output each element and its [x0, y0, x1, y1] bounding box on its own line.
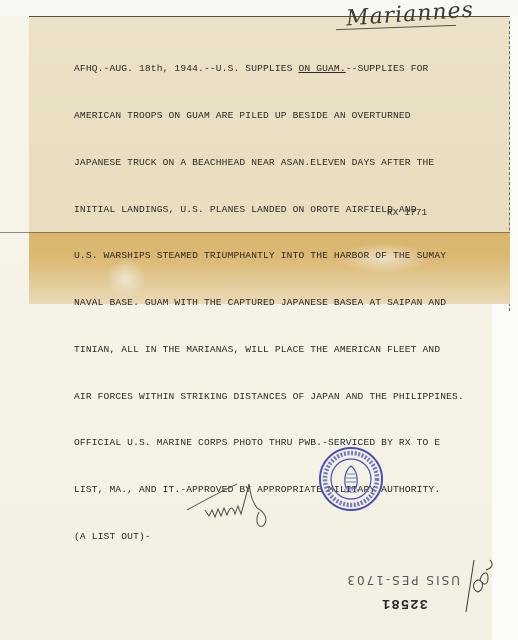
- caption-underlined-location: ON GUAM.: [298, 63, 345, 74]
- caption-line: TINIAN, ALL IN THE MARIANAS, WILL PLACE …: [74, 342, 494, 358]
- archive-stamp-icon: [318, 446, 384, 512]
- pencil-mark-icon: [458, 558, 498, 614]
- caption-line: OFFICIAL U.S. MARINE CORPS PHOTO THRU PW…: [74, 435, 494, 451]
- caption-line: U.S. WARSHIPS STEAMED TRIUMPHANTLY INTO …: [74, 248, 494, 264]
- usis-reference: USIS PES-1703: [345, 573, 460, 587]
- inverted-archive-markings: USIS PES-1703 32581: [280, 563, 480, 613]
- caption-dateline: AFHQ.-AUG. 18th, 1944.--U.S. SUPPLIES: [74, 63, 298, 74]
- caption-line: AIR FORCES WITHIN STRIKING DISTANCES OF …: [74, 389, 494, 405]
- caption-line: JAPANESE TRUCK ON A BEACHHEAD NEAR ASAN.…: [74, 155, 494, 171]
- caption-line: AMERICAN TROOPS ON GUAM ARE PILED UP BES…: [74, 108, 494, 124]
- caption-line-end: --SUPPLIES FOR: [346, 63, 429, 74]
- pencil-signature-icon: [185, 482, 295, 542]
- archive-number: 32581: [381, 595, 428, 611]
- caption-line: INITIAL LANDINGS, U.S. PLANES LANDED ON …: [74, 202, 494, 218]
- caption-reference-number: RX 1771: [387, 207, 427, 218]
- caption-line: NAVAL BASE. GUAM WITH THE CAPTURED JAPAN…: [74, 295, 494, 311]
- caption-text: AFHQ.-AUG. 18th, 1944.--U.S. SUPPLIES ON…: [74, 30, 494, 560]
- fold-line: [0, 232, 30, 233]
- caption-line: AFHQ.-AUG. 18th, 1944.--U.S. SUPPLIES ON…: [74, 61, 494, 77]
